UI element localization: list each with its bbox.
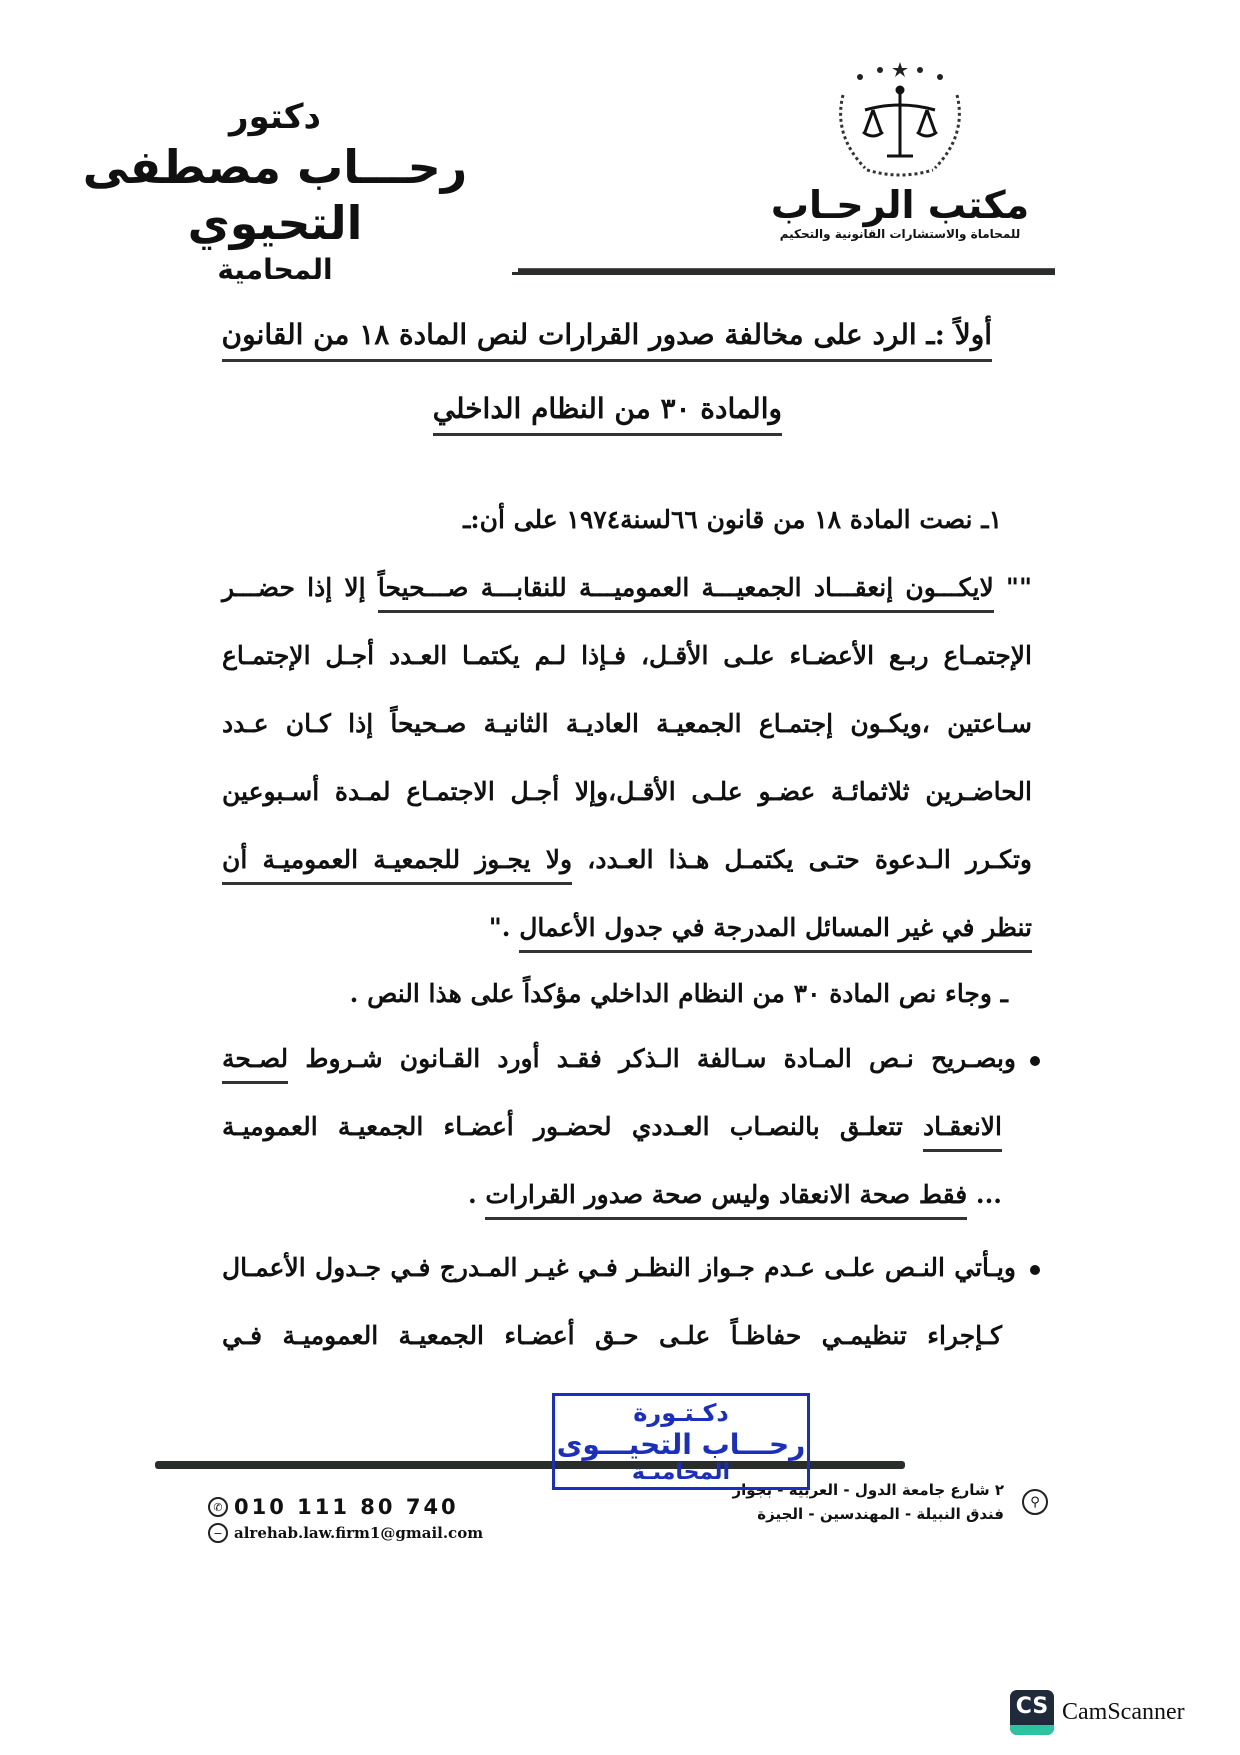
underlined-text: لصـحة — [222, 1044, 288, 1084]
camscanner-watermark: CS CamScanner — [1010, 1690, 1185, 1735]
text-span: ." — [489, 913, 519, 942]
letterhead-logo: مكتب الرحـاب للمحاماة والاستشارات القانو… — [745, 60, 1055, 242]
section-heading-line1: أولاً :ـ الرد على مخالفة صدور القرارات ل… — [222, 318, 992, 351]
camscanner-name: CamScanner — [1062, 1699, 1185, 1726]
office-tagline: للمحاماة والاستشارات القانونية والتحكيم — [745, 226, 1055, 242]
footer-contact: ✆ 010 111 80 740 − alrehab.law.firm1@gma… — [208, 1495, 483, 1543]
heading-text: والمادة ٣٠ من النظام الداخلي — [433, 392, 782, 436]
text-span: إلا إذا حضـــر — [222, 573, 378, 602]
bullet-icon — [1030, 1056, 1040, 1066]
letterhead-doctor-name: دكتور رحـــاب مصطفى التحيوي المحامية — [80, 95, 470, 289]
bullet-line: ... فقط صحة الانعقاد وليس صحة صدور القرا… — [468, 1180, 1002, 1209]
quote-line: وتكـرر الـدعوة حتـى يكتمـل هـذا العـدد، … — [222, 845, 1032, 874]
bullet-item: ويـأتي النـص علـى عـدم جـواز النظـر فـي … — [222, 1253, 1040, 1282]
phone-row: ✆ 010 111 80 740 — [208, 1495, 483, 1519]
section-heading-line2: والمادة ٣٠ من النظام الداخلي — [433, 392, 782, 425]
quote-line: الحاضـرين ثلاثمائـة عضـو علـى الأقـل،وإل… — [222, 777, 1032, 806]
stamp-profession: المحاميـة — [555, 1462, 807, 1480]
underlined-text: لايكـــون إنعقـــاد الجمعيـــة العموميــ… — [378, 573, 994, 613]
quote-line: "" لايكـــون إنعقـــاد الجمعيـــة العموم… — [222, 573, 1032, 602]
scales-of-justice-wreath-icon — [825, 60, 975, 180]
document-page: دكتور رحـــاب مصطفى التحيوي المحامية — [0, 0, 1240, 1755]
camscanner-logo-icon: CS — [1010, 1690, 1054, 1735]
stamp-title: دكـتـورة — [555, 1398, 807, 1428]
text-span: "" — [994, 573, 1032, 602]
location-pin-icon: ⚲ — [1022, 1489, 1048, 1515]
doctor-profession: المحامية — [80, 251, 470, 289]
logo-text: CS — [1010, 1694, 1054, 1719]
bullet-icon — [1030, 1265, 1040, 1275]
office-name: مكتب الرحـاب — [745, 184, 1055, 226]
bullet-line: الانعقـاد تتعلـق بالنصـاب العـددي لحضـور… — [222, 1112, 1002, 1141]
email-address: alrehab.law.firm1@gmail.com — [234, 1524, 483, 1542]
phone-icon: ✆ — [208, 1497, 228, 1517]
signature-stamp: دكـتـورة رحـــاب التحيـــوى المحاميـة — [552, 1393, 810, 1490]
header-divider — [518, 268, 1055, 275]
text-span: . — [468, 1180, 485, 1209]
note-line: ـ وجاء نص المادة ٣٠ من النظام الداخلي مؤ… — [350, 979, 1008, 1008]
heading-text: أولاً :ـ الرد على مخالفة صدور القرارات ل… — [222, 318, 992, 362]
doctor-title: دكتور — [80, 95, 470, 139]
email-row: − alrehab.law.firm1@gmail.com — [208, 1523, 483, 1543]
text-span: تتعلـق بالنصـاب العـددي لحضـور أعضـاء ال… — [222, 1112, 923, 1141]
quote-line: الإجتمـاع ربـع الأعضـاء علـى الأقـل، فـإ… — [222, 641, 1032, 670]
quote-line: تنظر في غير المسائل المدرجة في جدول الأع… — [489, 913, 1032, 942]
quote-line: سـاعتين ،ويكـون إجتمـاع الجمعيـة العاديـ… — [222, 709, 1032, 738]
intro-line: ١ـ نصت المادة ١٨ من قانون ٦٦لسنة١٩٧٤ على… — [463, 505, 1002, 534]
text-span: وبصـريح نـص المـادة سـالفة الـذكر فقـد أ… — [288, 1044, 1016, 1073]
stamp-name: رحـــاب التحيـــوى — [555, 1428, 807, 1462]
address-line: فندق النبيلة - المهندسين - الجيزة — [732, 1502, 1004, 1526]
text-span: وتكـرر الـدعوة حتـى يكتمـل هـذا العـدد، — [572, 845, 1032, 874]
email-icon: − — [208, 1523, 228, 1543]
text-span: ويـأتي النـص علـى عـدم جـواز النظـر فـي … — [222, 1253, 1016, 1282]
phone-number: 010 111 80 740 — [234, 1495, 459, 1519]
underlined-text: تنظر في غير المسائل المدرجة في جدول الأع… — [519, 913, 1032, 953]
underlined-text: ولا يجـوز للجمعيـة العموميـة أن — [222, 845, 572, 885]
bullet-line: كـإجراء تنظيمـي حفاظـاً علـى حـق أعضـاء … — [222, 1321, 1002, 1350]
doctor-name: رحـــاب مصطفى التحيوي — [80, 139, 470, 251]
underlined-text: فقط صحة الانعقاد وليس صحة صدور القرارات — [485, 1180, 967, 1220]
text-span: ... — [967, 1180, 1002, 1209]
underlined-text: الانعقـاد — [923, 1112, 1002, 1152]
bullet-item: وبصـريح نـص المـادة سـالفة الـذكر فقـد أ… — [222, 1044, 1040, 1073]
